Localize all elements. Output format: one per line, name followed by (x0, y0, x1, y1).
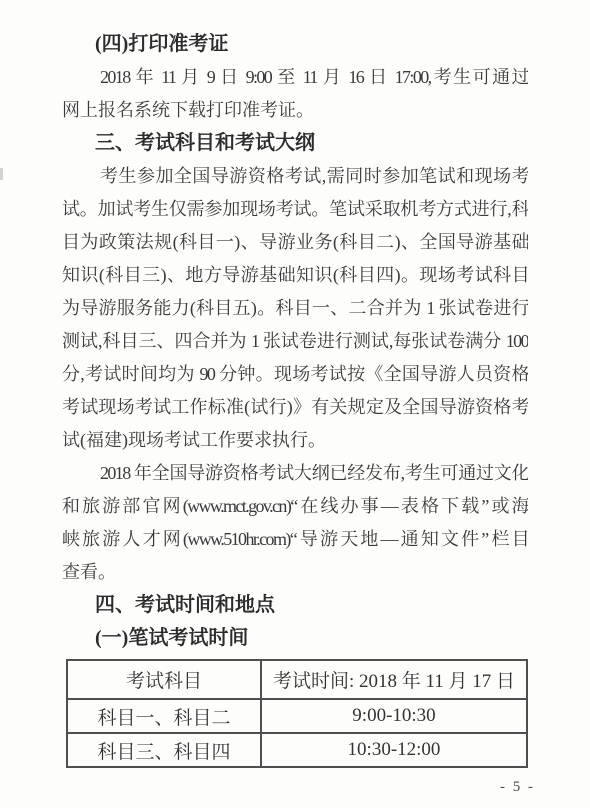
table-cell-subjects: 科目三、科目四 (67, 733, 261, 767)
paragraph-line: 试。加试考生仅需参加现场考试。笔试采取机考方式进行,科 (62, 193, 528, 226)
paragraph-line: 为导游服务能力(科目五)。科目一、二合并为 1 张试卷进行 (62, 292, 528, 325)
table-row: 科目一、科目二 9:00-10:30 (67, 699, 527, 733)
section-heading-time-place: 四、考试时间和地点 (62, 589, 528, 622)
table-header-row: 考试科目 考试时间: 2018 年 11 月 17 日 (67, 660, 527, 699)
written-exam-schedule-table: 考试科目 考试时间: 2018 年 11 月 17 日 科目一、科目二 9:00… (66, 659, 528, 768)
paragraph-line: 网上报名系统下载打印准考证。 (62, 94, 528, 127)
table-cell-time: 10:30-12:00 (261, 733, 527, 767)
paragraph-line: 和旅游部官网(www.mct.gov.cn)“在线办事—表格下载”或海 (62, 490, 528, 523)
table-cell-time: 9:00-10:30 (261, 699, 527, 733)
page-number: - 5 - (500, 779, 535, 796)
table-header-subject: 考试科目 (67, 660, 261, 699)
paragraph-line: 知识(科目三)、地方导游基础知识(科目四)。现场考试科目 (62, 259, 528, 292)
paragraph-line: 试(福建)现场考试工作要求执行。 (62, 424, 528, 457)
paragraph-line: 峡旅游人才网(www.510hr.com)“导游天地—通知文件”栏目 (62, 523, 528, 556)
section-heading-print-ticket: (四)打印准考证 (62, 28, 528, 61)
document-page: (四)打印准考证 2018 年 11 月 9 日 9:00 至 11 月 16 … (0, 0, 590, 808)
paragraph-line: 目为政策法规(科目一)、导游业务(科目二)、全国导游基础 (62, 226, 528, 259)
scan-artifact (0, 168, 3, 180)
table-cell-subjects: 科目一、科目二 (67, 699, 261, 733)
paragraph-line: 分,考试时间均为 90 分钟。现场考试按《全国导游人员资格 (62, 358, 528, 391)
paragraph-line: 查看。 (62, 556, 528, 589)
table-row: 科目三、科目四 10:30-12:00 (67, 733, 527, 767)
paragraph-line: 考试现场考试工作标准(试行)》有关规定及全国导游资格考 (62, 391, 528, 424)
paragraph-line: 考生参加全国导游资格考试,需同时参加笔试和现场考 (62, 160, 528, 193)
table-header-time: 考试时间: 2018 年 11 月 17 日 (261, 660, 527, 699)
subsection-heading-written-exam-time: (一)笔试考试时间 (62, 622, 528, 655)
section-heading-subjects: 三、考试科目和考试大纲 (62, 127, 528, 160)
paragraph-line: 2018 年全国导游资格考试大纲已经发布,考生可通过文化 (62, 457, 528, 490)
paragraph-line: 2018 年 11 月 9 日 9:00 至 11 月 16 日 17:00,考… (62, 61, 528, 94)
paragraph-line: 测试,科目三、四合并为 1 张试卷进行测试,每张试卷满分 100 (62, 325, 528, 358)
